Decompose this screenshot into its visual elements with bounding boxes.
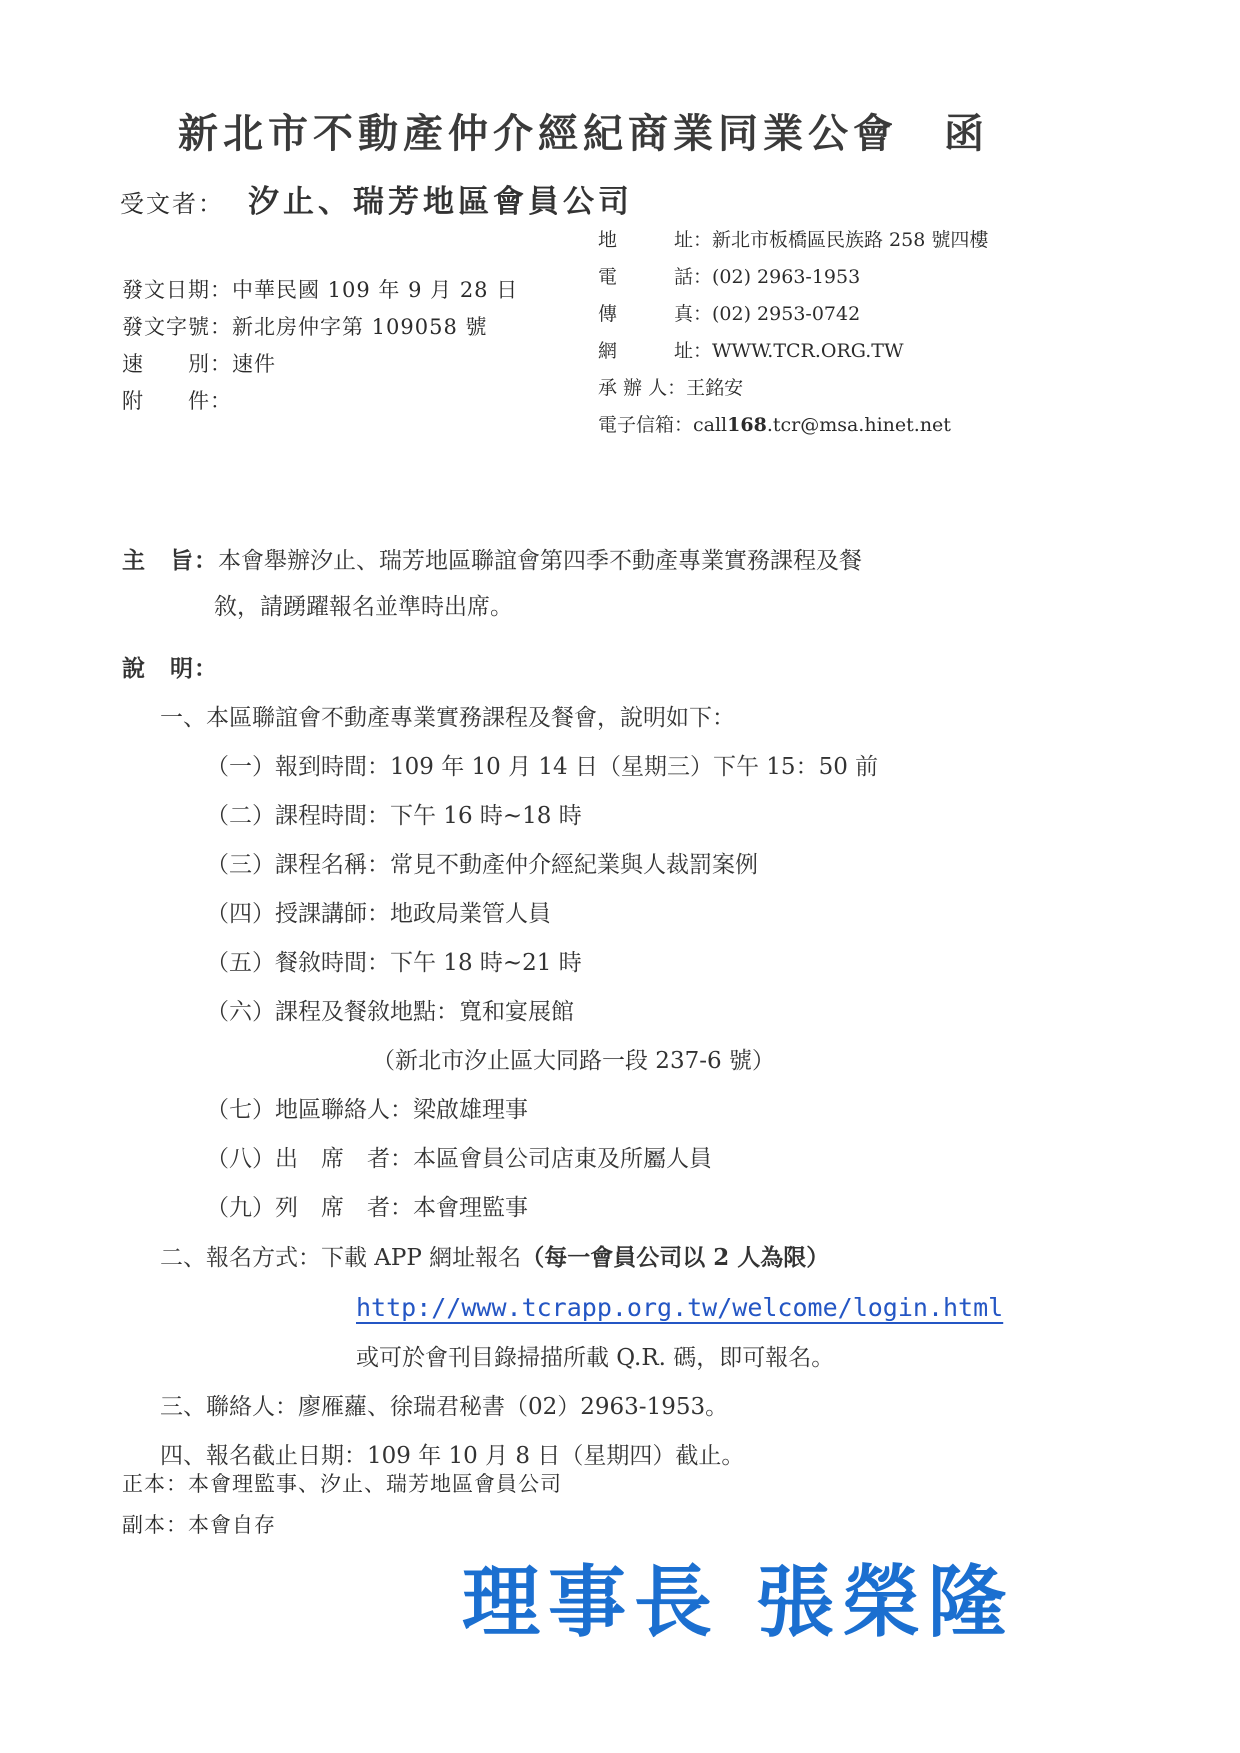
contact-info-block: 地 址：新北市板橋區民族路 258 號四樓 電 話：(02) 2963-1953…	[598, 222, 988, 444]
registration-url-link[interactable]: http://www.tcrapp.org.tw/welcome/login.h…	[356, 1293, 1003, 1322]
attachment-label: 附 件：	[122, 389, 232, 413]
email-value: call168.tcr@msa.hinet.net	[693, 414, 951, 436]
explanation-item-3: 三、聯絡人：廖雁蘿、徐瑞君秘書（02）2963-1953。	[122, 1383, 1132, 1432]
dispatch-meta-block: 發文日期：中華民國 109 年 9 月 28 日 發文字號：新北房仲字第 109…	[122, 272, 518, 420]
sub-item-checkin-time: （一）報到時間：109 年 10 月 14 日（星期三）下午 15：50 前	[122, 743, 1132, 792]
email-label: 電子信箱：	[598, 414, 693, 436]
chairman-signature-stamp: 理事長張榮隆	[462, 1540, 1014, 1652]
handler-value: 王銘安	[686, 377, 743, 399]
duplicate-copy-value: 本會自存	[188, 1513, 276, 1537]
explanation-header: 說 明：	[122, 644, 1132, 694]
email-row: 電子信箱：call168.tcr@msa.hinet.net	[598, 407, 988, 444]
priority-label: 速 別：	[122, 352, 232, 376]
address-row: 地 址：新北市板橋區民族路 258 號四樓	[598, 222, 988, 259]
original-copy-value: 本會理監事、汐止、瑞芳地區會員公司	[188, 1472, 562, 1496]
address-value: 新北市板橋區民族路 258 號四樓	[712, 229, 988, 251]
handler-label: 承 辦 人：	[598, 377, 686, 399]
duplicate-copy-label: 副本：	[122, 1513, 188, 1537]
registration-method-text: 二、報名方式：下載 APP 網址報名	[160, 1245, 521, 1271]
website-value: WWW.TCR.ORG.TW	[712, 340, 903, 362]
organization-title: 新北市不動產仲介經紀商業同業公會	[178, 110, 898, 157]
sub-item-observers: （九）列 席 者：本會理監事	[122, 1184, 1132, 1233]
fax-value: (02) 2953-0742	[712, 303, 860, 325]
document-type: 函	[944, 110, 989, 157]
recipient-row: 受文者：汐止、瑞芳地區會員公司	[120, 176, 633, 221]
sub-item-area-contact: （七）地區聯絡人：梁啟雄理事	[122, 1086, 1132, 1135]
dispatch-date-label: 發文日期：	[122, 278, 232, 302]
distribution-block: 正本：本會理監事、汐止、瑞芳地區會員公司 副本：本會自存	[122, 1464, 562, 1546]
priority-value: 速件	[232, 352, 276, 376]
sub-item-lecturer: （四）授課講師：地政局業管人員	[122, 890, 1132, 939]
phone-value: (02) 2963-1953	[712, 266, 860, 288]
phone-label: 電 話：	[598, 266, 712, 288]
sub-item-dinner-time: （五）餐敘時間：下午 18 時~21 時	[122, 939, 1132, 988]
recipient-name: 汐止、瑞芳地區會員公司	[248, 184, 633, 220]
letter-body: 主 旨：本會舉辦汐止、瑞芳地區聯誼會第四季不動產專業實務課程及餐 敘，請踴躍報名…	[122, 538, 1132, 1481]
subject-text-1: 本會舉辦汐止、瑞芳地區聯誼會第四季不動產專業實務課程及餐	[218, 548, 862, 574]
phone-row: 電 話：(02) 2963-1953	[598, 259, 988, 296]
original-copy-label: 正本：	[122, 1472, 188, 1496]
explanation-item-1: 一、本區聯誼會不動產專業實務課程及餐會，說明如下：	[122, 694, 1132, 743]
website-row: 網 址：WWW.TCR.ORG.TW	[598, 333, 988, 370]
sub-item-course-name: （三）課程名稱：常見不動產仲介經紀業與人裁罰案例	[122, 841, 1132, 890]
subject-text-2: 敘，請踴躍報名並準時出席。	[214, 594, 513, 620]
registration-limit-note: （每一會員公司以 2 人為限）	[521, 1244, 829, 1271]
subject-label: 主 旨：	[122, 547, 218, 574]
qr-code-note-line: 或可於會刊目錄掃描所載 Q.R. 碼，即可報名。	[122, 1334, 1132, 1383]
explanation-label: 說 明：	[122, 655, 218, 682]
handler-row: 承 辦 人：王銘安	[598, 370, 988, 407]
subject-line-2: 敘，請踴躍報名並準時出席。	[122, 584, 1132, 630]
website-label: 網 址：	[598, 340, 712, 362]
dispatch-date-row: 發文日期：中華民國 109 年 9 月 28 日	[122, 272, 518, 309]
registration-url-line: http://www.tcrapp.org.tw/welcome/login.h…	[122, 1283, 1132, 1334]
sub-item-venue: （六）課程及餐敘地點：寬和宴展館	[122, 988, 1132, 1037]
scanned-letter-page: 新北市不動產仲介經紀商業同業公會函 受文者：汐止、瑞芳地區會員公司 地 址：新北…	[0, 0, 1240, 1753]
dispatch-date-value: 中華民國 109 年 9 月 28 日	[232, 278, 518, 302]
priority-row: 速 別：速件	[122, 346, 518, 383]
sub-item-course-time: （二）課程時間：下午 16 時~18 時	[122, 792, 1132, 841]
chairman-name: 張榮隆	[756, 1557, 1014, 1648]
chairman-title: 理事長	[462, 1557, 720, 1648]
fax-label: 傳 真：	[598, 303, 712, 325]
explanation-item-2: 二、報名方式：下載 APP 網址報名（每一會員公司以 2 人為限）	[122, 1233, 1132, 1283]
sub-item-attendees: （八）出 席 者：本區會員公司店東及所屬人員	[122, 1135, 1132, 1184]
fax-row: 傳 真：(02) 2953-0742	[598, 296, 988, 333]
document-title-row: 新北市不動產仲介經紀商業同業公會函	[178, 102, 989, 159]
recipient-label: 受文者：	[120, 190, 224, 218]
subject-line-1: 主 旨：本會舉辦汐止、瑞芳地區聯誼會第四季不動產專業實務課程及餐	[122, 538, 1132, 584]
sub-item-venue-address: （新北市汐止區大同路一段 237-6 號）	[122, 1037, 1132, 1086]
attachment-row: 附 件：	[122, 383, 518, 420]
dispatch-number-value: 新北房仲字第 109058 號	[232, 315, 488, 339]
dispatch-number-label: 發文字號：	[122, 315, 232, 339]
original-copy-row: 正本：本會理監事、汐止、瑞芳地區會員公司	[122, 1464, 562, 1505]
dispatch-number-row: 發文字號：新北房仲字第 109058 號	[122, 309, 518, 346]
address-label: 地 址：	[598, 229, 712, 251]
